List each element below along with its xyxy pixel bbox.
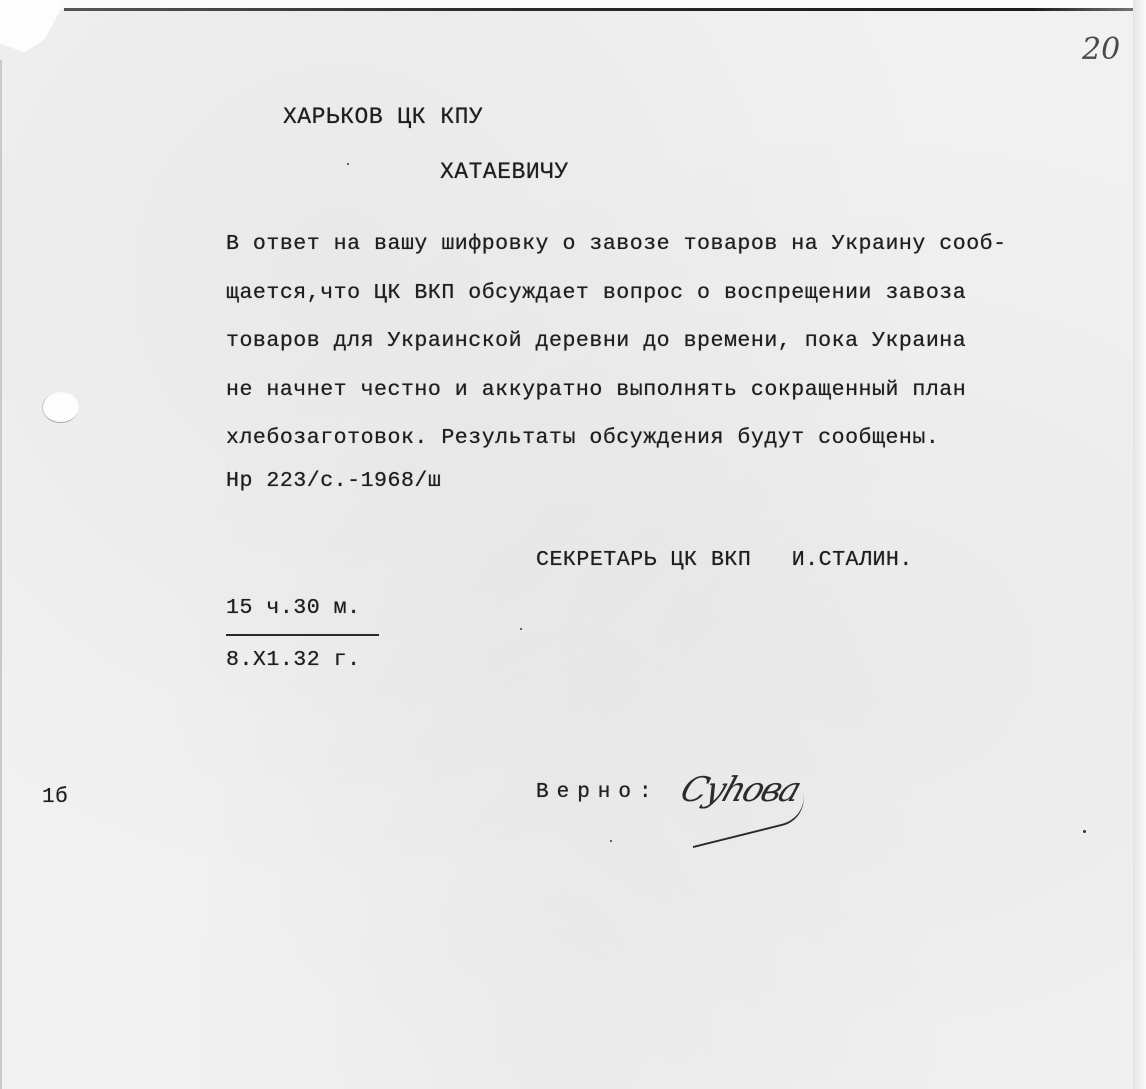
ink-speck: [610, 840, 612, 842]
ink-speck: [1083, 830, 1086, 833]
body-line: щается,что ЦК ВКП обсуждает вопрос о вос…: [226, 281, 966, 305]
scanned-document: 20 ХАРЬКОВ ЦК КПУ ХАТАЕВИЧУ В ответ на в…: [0, 0, 1146, 1089]
addressee-name: ХАТАЕВИЧУ: [440, 159, 569, 185]
body-line: хлебозаготовок. Результаты обсуждения бу…: [226, 426, 939, 450]
ink-speck: [520, 628, 522, 630]
copy-count-mark: 1б: [42, 786, 68, 809]
paper-top-edge: [64, 8, 1138, 11]
page-number: 20: [1082, 32, 1120, 67]
verified-label: Верно:: [536, 781, 660, 804]
paper-left-edge: [0, 60, 2, 1089]
body-line: товаров для Украинской деревни до времен…: [226, 329, 966, 353]
date-divider-line: [226, 634, 379, 636]
ink-speck: [347, 163, 349, 165]
addressee-organization: ХАРЬКОВ ЦК КПУ: [283, 104, 483, 130]
body-line: В ответ на вашу шифровку о завозе товаро…: [226, 232, 1007, 256]
body-line: не начнет честно и аккуратно выполнять с…: [226, 378, 966, 402]
sender-signature-block: СЕКРЕТАРЬ ЦК ВКП И.СТАЛИН.: [536, 548, 913, 572]
hole-punch-mark: [42, 392, 79, 423]
date-stamp: 8.Х1.32 г.: [226, 648, 361, 672]
reference-number: Нр 223/с.-1968/ш: [226, 469, 441, 493]
time-stamp: 15 ч.30 м.: [226, 596, 361, 620]
scan-margin-strip: [1133, 0, 1146, 1089]
